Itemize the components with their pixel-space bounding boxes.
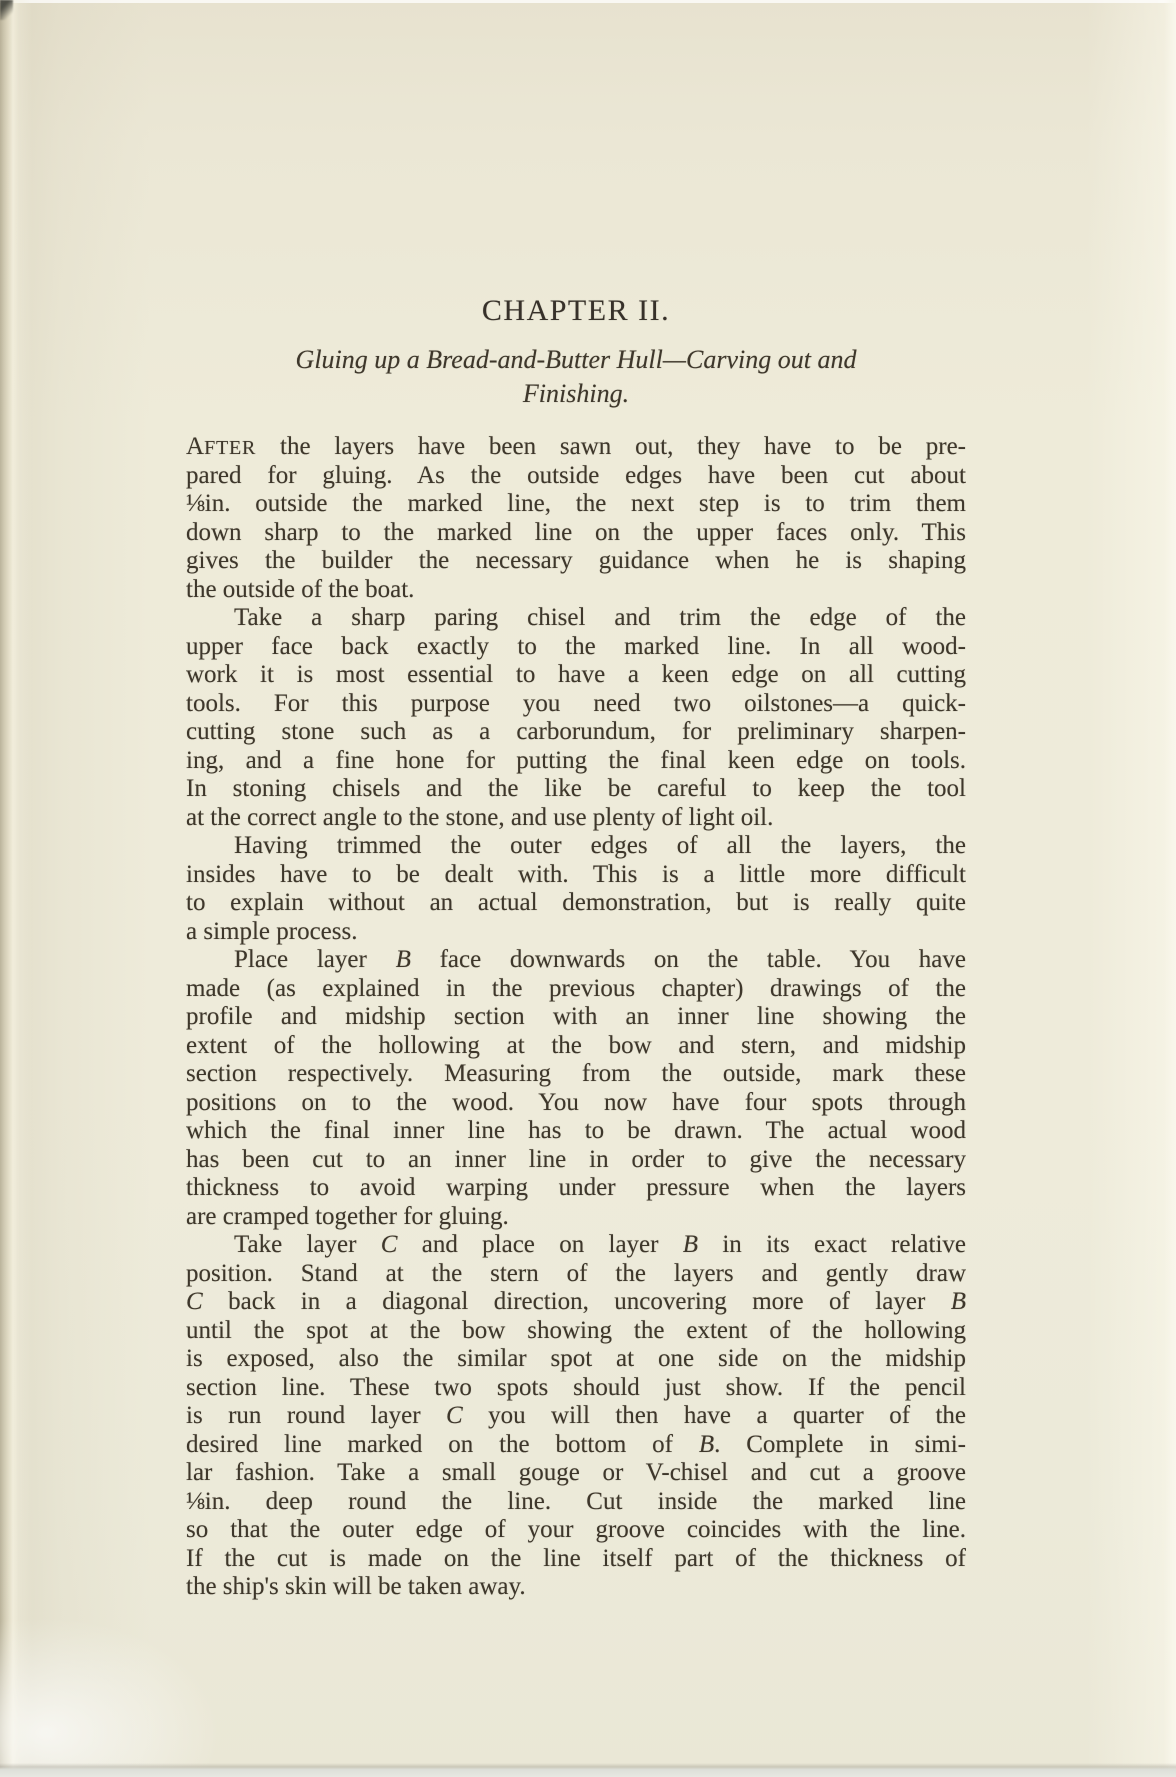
text-line: are cramped together for gluing. bbox=[186, 1203, 966, 1232]
text-segment: C bbox=[381, 1231, 398, 1258]
text-segment: until the spot at the bow showing the ex… bbox=[186, 1317, 966, 1344]
text-segment: B bbox=[396, 946, 411, 973]
text-line: which the final inner line has to be dra… bbox=[186, 1117, 966, 1146]
text-line: lar fashion. Take a small gouge or V-chi… bbox=[186, 1459, 966, 1488]
text-segment: back in a diagonal direction, uncovering… bbox=[203, 1288, 951, 1315]
text-line: ing, and a fine hone for putting the fin… bbox=[186, 747, 966, 776]
text-segment: to explain without an actual demonstrati… bbox=[186, 889, 966, 916]
text-line: a simple process. bbox=[186, 918, 966, 947]
text-line: is run round layer C you will then have … bbox=[186, 1402, 966, 1431]
text-segment: position. Stand at the stern of the laye… bbox=[186, 1260, 966, 1287]
text-line: cutting stone such as a carborundum, for… bbox=[186, 718, 966, 747]
text-segment: section respectively. Measuring from the… bbox=[186, 1060, 966, 1087]
text-line: gives the builder the necessary guidance… bbox=[186, 547, 966, 576]
text-line: Take layer C and place on layer B in its… bbox=[186, 1231, 966, 1260]
text-line: at the correct angle to the stone, and u… bbox=[186, 804, 966, 833]
text-segment: B bbox=[683, 1231, 698, 1258]
text-segment: ing, and a fine hone for putting the fin… bbox=[186, 747, 966, 774]
text-segment: down sharp to the marked line on the upp… bbox=[186, 519, 966, 546]
text-segment: ⅛in. outside the marked line, the next s… bbox=[186, 490, 966, 517]
text-segment: are cramped together for gluing. bbox=[186, 1203, 509, 1230]
text-segment: cutting stone such as a carborundum, for… bbox=[186, 718, 966, 745]
text-segment: and place on layer bbox=[397, 1231, 682, 1258]
paragraph: Take layer C and place on layer B in its… bbox=[186, 1231, 966, 1602]
text-segment: B bbox=[699, 1431, 714, 1458]
text-line: Take a sharp paring chisel and trim the … bbox=[186, 604, 966, 633]
text-segment: you will then have a quarter of the bbox=[463, 1402, 966, 1429]
text-segment: the layers have been sawn out, they have… bbox=[256, 433, 966, 460]
text-line: the outside of the boat. bbox=[186, 576, 966, 605]
body-text: AFTER the layers have been sawn out, the… bbox=[186, 433, 966, 1602]
page-top-edge bbox=[0, 0, 1176, 3]
text-segment: C bbox=[186, 1288, 203, 1315]
text-line: C back in a diagonal direction, uncoveri… bbox=[186, 1288, 966, 1317]
text-line: down sharp to the marked line on the upp… bbox=[186, 519, 966, 548]
text-segment: has been cut to an inner line in order t… bbox=[186, 1146, 966, 1173]
text-line: position. Stand at the stern of the laye… bbox=[186, 1260, 966, 1289]
text-line: profile and midship section with an inne… bbox=[186, 1003, 966, 1032]
text-segment: Place layer bbox=[234, 946, 396, 973]
text-segment: upper face back exactly to the marked li… bbox=[186, 633, 966, 660]
text-segment: is run round layer bbox=[186, 1402, 446, 1429]
text-line: pared for gluing. As the outside edges h… bbox=[186, 462, 966, 491]
text-line: is exposed, also the similar spot at one… bbox=[186, 1345, 966, 1374]
text-segment: at the correct angle to the stone, and u… bbox=[186, 804, 773, 831]
text-segment: section line. These two spots should jus… bbox=[186, 1374, 966, 1401]
text-segment: a simple process. bbox=[186, 918, 357, 945]
text-segment: insides have to be dealt with. This is a… bbox=[186, 861, 966, 888]
text-segment: which the final inner line has to be dra… bbox=[186, 1117, 966, 1144]
text-segment: desired line marked on the bottom of bbox=[186, 1431, 699, 1458]
text-segment: profile and midship section with an inne… bbox=[186, 1003, 966, 1030]
text-segment: C bbox=[446, 1402, 463, 1429]
text-line: insides have to be dealt with. This is a… bbox=[186, 861, 966, 890]
chapter-subtitle: Gluing up a Bread-and-Butter Hull—Carvin… bbox=[186, 343, 966, 411]
scanned-book-page: CHAPTER II. Gluing up a Bread-and-Butter… bbox=[0, 0, 1176, 1777]
text-line: If the cut is made on the line itself pa… bbox=[186, 1545, 966, 1574]
text-line: thickness to avoid warping under pressur… bbox=[186, 1174, 966, 1203]
text-segment: is exposed, also the similar spot at one… bbox=[186, 1345, 966, 1372]
text-segment: made (as explained in the previous chapt… bbox=[186, 975, 966, 1002]
text-segment: lar fashion. Take a small gouge or V-chi… bbox=[186, 1459, 966, 1486]
text-segment: Take layer bbox=[234, 1231, 381, 1258]
text-segment: so that the outer edge of your groove co… bbox=[186, 1516, 966, 1543]
text-line: the ship's skin will be taken away. bbox=[186, 1573, 966, 1602]
text-segment: A bbox=[186, 433, 204, 460]
text-segment: B bbox=[951, 1288, 966, 1315]
paragraph: Place layer B face downwards on the tabl… bbox=[186, 946, 966, 1231]
text-segment: If the cut is made on the line itself pa… bbox=[186, 1545, 966, 1572]
paragraph: Having trimmed the outer edges of all th… bbox=[186, 832, 966, 946]
paragraph: AFTER the layers have been sawn out, the… bbox=[186, 433, 966, 604]
text-segment: Having trimmed the outer edges of all th… bbox=[234, 832, 966, 859]
text-line: made (as explained in the previous chapt… bbox=[186, 975, 966, 1004]
text-line: until the spot at the bow showing the ex… bbox=[186, 1317, 966, 1346]
text-line: upper face back exactly to the marked li… bbox=[186, 633, 966, 662]
text-line: so that the outer edge of your groove co… bbox=[186, 1516, 966, 1545]
text-column: CHAPTER II. Gluing up a Bread-and-Butter… bbox=[186, 294, 966, 1602]
text-segment: . Complete in simi- bbox=[714, 1431, 966, 1458]
text-line: positions on to the wood. You now have f… bbox=[186, 1089, 966, 1118]
text-segment: ⅛in. deep round the line. Cut inside the… bbox=[186, 1488, 966, 1515]
text-line: AFTER the layers have been sawn out, the… bbox=[186, 433, 966, 462]
text-segment: the ship's skin will be taken away. bbox=[186, 1573, 526, 1600]
text-segment: the outside of the boat. bbox=[186, 576, 414, 603]
text-line: extent of the hollowing at the bow and s… bbox=[186, 1032, 966, 1061]
text-segment: positions on to the wood. You now have f… bbox=[186, 1089, 966, 1116]
text-line: section respectively. Measuring from the… bbox=[186, 1060, 966, 1089]
subtitle-line: Finishing. bbox=[186, 377, 966, 411]
page-right-edge bbox=[1164, 0, 1176, 1777]
text-segment: Take a sharp paring chisel and trim the … bbox=[234, 604, 966, 631]
text-line: ⅛in. deep round the line. Cut inside the… bbox=[186, 1488, 966, 1517]
subtitle-line: Gluing up a Bread-and-Butter Hull—Carvin… bbox=[186, 343, 966, 377]
text-segment: FTER bbox=[204, 437, 256, 459]
text-segment: pared for gluing. As the outside edges h… bbox=[186, 462, 966, 489]
paragraph: Take a sharp paring chisel and trim the … bbox=[186, 604, 966, 832]
text-segment: tools. For this purpose you need two oil… bbox=[186, 690, 966, 717]
text-line: desired line marked on the bottom of B. … bbox=[186, 1431, 966, 1460]
text-segment: gives the builder the necessary guidance… bbox=[186, 547, 966, 574]
text-line: tools. For this purpose you need two oil… bbox=[186, 690, 966, 719]
text-line: to explain without an actual demonstrati… bbox=[186, 889, 966, 918]
text-segment: In stoning chisels and the like be caref… bbox=[186, 775, 966, 802]
scan-artifact-top-left bbox=[0, 0, 13, 20]
text-line: has been cut to an inner line in order t… bbox=[186, 1146, 966, 1175]
text-line: work it is most essential to have a keen… bbox=[186, 661, 966, 690]
text-segment: work it is most essential to have a keen… bbox=[186, 661, 966, 688]
text-line: section line. These two spots should jus… bbox=[186, 1374, 966, 1403]
text-segment: face downwards on the table. You have bbox=[411, 946, 966, 973]
page-bottom-edge bbox=[0, 1763, 1176, 1777]
text-segment: thickness to avoid warping under pressur… bbox=[186, 1174, 966, 1201]
chapter-heading: CHAPTER II. bbox=[186, 294, 966, 328]
text-line: ⅛in. outside the marked line, the next s… bbox=[186, 490, 966, 519]
text-line: In stoning chisels and the like be caref… bbox=[186, 775, 966, 804]
text-segment: extent of the hollowing at the bow and s… bbox=[186, 1032, 966, 1059]
text-line: Place layer B face downwards on the tabl… bbox=[186, 946, 966, 975]
text-segment: in its exact relative bbox=[698, 1231, 966, 1258]
text-line: Having trimmed the outer edges of all th… bbox=[186, 832, 966, 861]
